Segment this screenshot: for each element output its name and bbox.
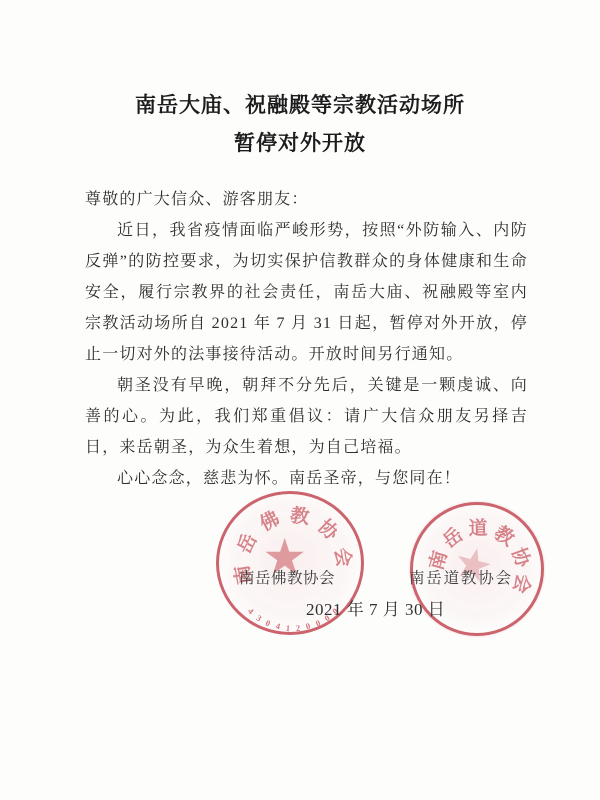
seal-arc-character: 道 <box>468 513 488 541</box>
taoist-association-name: 南岳道教协会 <box>409 566 513 588</box>
seal-arc-character: 协 <box>313 512 345 545</box>
notice-body: 尊敬的广大信众、游客朋友： 近日，我省疫情面临严峻形势，按照“外防输入、内防反弹… <box>85 184 528 494</box>
seal-serial-digit: 1 <box>285 623 290 633</box>
notice-salutation: 尊敬的广大信众、游客朋友： <box>85 184 528 215</box>
seal-serial-digit: 3 <box>254 612 263 623</box>
notice-paragraph: 近日，我省疫情面临严峻形势，按照“外防输入、内防反弹”的防控要求，为切实保护信教… <box>85 215 528 370</box>
seal-serial-digit: 4 <box>246 606 256 616</box>
seal-arc-character: 岳 <box>230 529 263 558</box>
notice-paragraph: 心心念念，慈悲为怀。南岳圣帝，与您同在！ <box>85 463 528 494</box>
scanned-notice-page: 南岳大庙、祝融殿等宗教活动场所 暂停对外开放 尊敬的广大信众、游客朋友： 近日，… <box>0 0 600 800</box>
seal-serial-digit: 0 <box>264 617 272 628</box>
seal-arc-character: 教 <box>289 500 312 529</box>
notice-paragraph: 朝圣没有早晚，朝拜不分先后，关键是一颗虔诚、向善的心。为此，我们郑重倡议：请广大… <box>85 370 528 463</box>
notice-date: 2021 年 7 月 30 日 <box>306 595 445 620</box>
buddhist-association-name: 南岳佛教协会 <box>239 566 335 588</box>
notice-title-line1: 南岳大庙、祝融殿等宗教活动场所 <box>0 86 600 124</box>
notice-title-line2: 暂停对外开放 <box>0 124 600 162</box>
seal-serial-digit: 4 <box>274 621 281 632</box>
seal-serial-digit: 2 <box>296 623 301 633</box>
notice-title: 南岳大庙、祝融殿等宗教活动场所 暂停对外开放 <box>0 86 600 162</box>
seal-serial-digit: 0 <box>305 621 312 632</box>
